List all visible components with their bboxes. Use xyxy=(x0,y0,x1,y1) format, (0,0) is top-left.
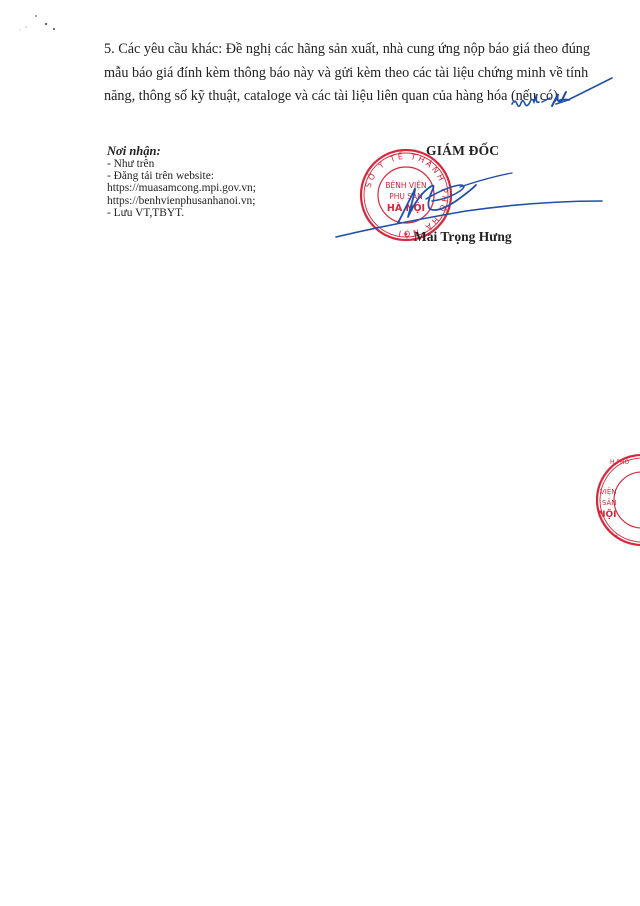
svg-text:★: ★ xyxy=(614,534,619,540)
page-edge-stamp: H PHỐ VIỆN SẢN NỘI ★ xyxy=(596,450,640,550)
signer-name: Mai Trọng Hưng xyxy=(414,229,512,245)
recipients-title: Nơi nhận: xyxy=(107,145,327,158)
recipient-link: https://muasamcong.mpi.gov.vn; xyxy=(107,182,327,194)
edge-stamp-line-1: VIỆN xyxy=(600,487,617,496)
scan-artifact-specks xyxy=(8,12,58,42)
edge-stamp-ring-text: H PHỐ xyxy=(610,458,630,466)
recipients-list: Nơi nhận: - Như trên - Đăng tải trên web… xyxy=(107,145,327,219)
edge-stamp-line-2: SẢN xyxy=(602,498,616,507)
document-page: 5. Các yêu cầu khác: Đề nghị các hãng sả… xyxy=(0,0,640,906)
recipient-item: - Như trên xyxy=(107,158,327,170)
recipient-link: https://benhvienphusanhanoi.vn; xyxy=(107,195,327,207)
paragraph-line-1: 5. Các yêu cầu khác: Đề nghị các hãng sả… xyxy=(104,38,594,62)
edge-stamp-line-3: NỘI xyxy=(598,509,617,520)
recipient-item: - Đăng tải trên website: xyxy=(107,170,327,182)
handwritten-initials xyxy=(506,74,616,114)
recipient-item: - Lưu VT,TBYT. xyxy=(107,207,327,219)
